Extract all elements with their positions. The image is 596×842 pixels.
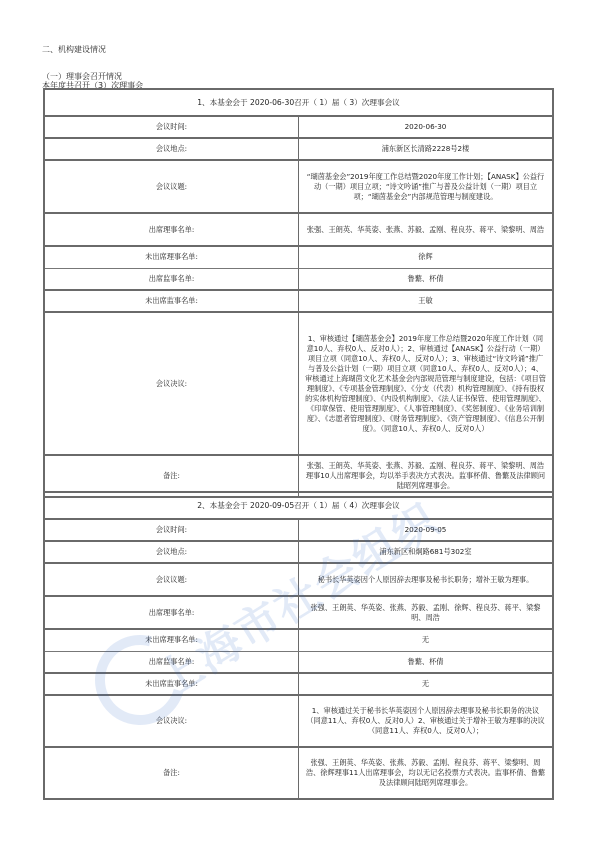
meeting-title: 1、本基金会于 2020-06-30召开（ 1）届（ 3）次理事会议 xyxy=(44,89,553,116)
meeting-row-attending-supervisors: 出席监事名单: 鲁蘩、杯倩 xyxy=(44,651,553,673)
row-value: 鲁蘩、杯倩 xyxy=(299,651,554,673)
meeting-row-absent-directors: 未出席理事名单: 徐辉 xyxy=(44,246,553,268)
row-value: 无 xyxy=(299,673,554,695)
meeting-row-time: 会议时间: 2020-09-05 xyxy=(44,519,553,541)
row-value: 秘书长华英姿因个人原因辞去理事及秘书长职务；增补王敏为理事。 xyxy=(299,563,554,596)
meeting-row-topics: 会议议题: 秘书长华英姿因个人原因辞去理事及秘书长职务；增补王敏为理事。 xyxy=(44,563,553,596)
meeting-row-time: 会议时间: 2020-06-30 xyxy=(44,116,553,138)
row-label: 未出席理事名单: xyxy=(44,629,299,651)
meeting-table-2: 2、本基金会于 2020-09-05召开（ 1）届（ 4）次理事会议 会议时间:… xyxy=(43,491,554,800)
meeting-title: 2、本基金会于 2020-09-05召开（ 1）届（ 4）次理事会议 xyxy=(44,492,553,519)
row-label: 未出席监事名单: xyxy=(44,673,299,695)
row-value: 无 xyxy=(299,629,554,651)
meeting-row-attending-directors: 出席理事名单: 张强、王朗英、华英姿、张燕、苏毅、孟刚、徐辉、程良芬、蒋平、梁黎… xyxy=(44,596,553,629)
meeting-row-resolutions: 会议决议: 1、审核通过关于秘书长华英姿因个人原因辞去理事及秘书长职务的决议（同… xyxy=(44,695,553,747)
meeting-row-resolutions: 会议决议: 1、审核通过【瑚茵基金会】2019年度工作总结暨2020年度工作计划… xyxy=(44,312,553,455)
row-label: 会议决议: xyxy=(44,312,299,455)
row-value: 鲁蘩、杯倩 xyxy=(299,268,554,290)
row-label: 未出席理事名单: xyxy=(44,246,299,268)
row-value: “瑚茵基金会”2019年度工作总结暨2020年度工作计划；【ANASK】公益行动… xyxy=(299,160,554,213)
row-label: 会议地点: xyxy=(44,541,299,563)
meeting-row-attending-directors: 出席理事名单: 张强、王朗英、华英姿、张燕、苏毅、孟刚、程良芬、蒋平、梁黎明、周… xyxy=(44,213,553,246)
row-value: 2020-09-05 xyxy=(299,519,554,541)
meeting-title-row: 2、本基金会于 2020-09-05召开（ 1）届（ 4）次理事会议 xyxy=(44,492,553,519)
row-label: 备注: xyxy=(44,747,299,799)
row-label: 出席理事名单: xyxy=(44,213,299,246)
row-label: 未出席监事名单: xyxy=(44,290,299,312)
meeting-title-row: 1、本基金会于 2020-06-30召开（ 1）届（ 3）次理事会议 xyxy=(44,89,553,116)
row-value: 张强、王朗英、华英姿、张燕、苏毅、孟刚、程良芬、蒋平、梁黎明、周浩、徐辉理事11… xyxy=(299,747,554,799)
meeting-row-topics: 会议议题: “瑚茵基金会”2019年度工作总结暨2020年度工作计划；【ANAS… xyxy=(44,160,553,213)
row-label: 会议决议: xyxy=(44,695,299,747)
row-value: 2020-06-30 xyxy=(299,116,554,138)
meeting-row-attending-supervisors: 出席监事名单: 鲁蘩、杯倩 xyxy=(44,268,553,290)
meeting-row-remarks: 备注: 张强、王朗英、华英姿、张燕、苏毅、孟刚、程良芬、蒋平、梁黎明、周浩、徐辉… xyxy=(44,747,553,799)
meeting-table-1: 1、本基金会于 2020-06-30召开（ 1）届（ 3）次理事会议 会议时间:… xyxy=(43,88,554,498)
row-label: 会议议题: xyxy=(44,160,299,213)
meeting-row-absent-supervisors: 未出席监事名单: 王敏 xyxy=(44,290,553,312)
row-label: 会议时间: xyxy=(44,116,299,138)
row-label: 出席监事名单: xyxy=(44,651,299,673)
meeting-row-location: 会议地点: 浦东新区和炯路681号302室 xyxy=(44,541,553,563)
row-label: 会议地点: xyxy=(44,138,299,160)
row-value: 张强、王朗英、华英姿、张燕、苏毅、孟刚、程良芬、蒋平、梁黎明、周浩 xyxy=(299,213,554,246)
meeting-row-absent-supervisors: 未出席监事名单: 无 xyxy=(44,673,553,695)
row-value: 1、审核通过【瑚茵基金会】2019年度工作总结暨2020年度工作计划（同意10人… xyxy=(299,312,554,455)
row-value: 张强、王朗英、华英姿、张燕、苏毅、孟刚、徐辉、程良芬、蒋平、梁黎明、周浩 xyxy=(299,596,554,629)
row-value: 王敏 xyxy=(299,290,554,312)
row-value: 浦东新区和炯路681号302室 xyxy=(299,541,554,563)
row-value: 浦东新区长清路2228号2楼 xyxy=(299,138,554,160)
row-label: 出席理事名单: xyxy=(44,596,299,629)
meeting-row-location: 会议地点: 浦东新区长清路2228号2楼 xyxy=(44,138,553,160)
row-value: 1、审核通过关于秘书长华英姿因个人原因辞去理事及秘书长职务的决议（同意11人、弃… xyxy=(299,695,554,747)
row-value: 徐辉 xyxy=(299,246,554,268)
row-label: 会议议题: xyxy=(44,563,299,596)
row-label: 出席监事名单: xyxy=(44,268,299,290)
row-label: 会议时间: xyxy=(44,519,299,541)
meeting-row-absent-directors: 未出席理事名单: 无 xyxy=(44,629,553,651)
section-heading: 二、机构建设情况 xyxy=(42,44,106,55)
